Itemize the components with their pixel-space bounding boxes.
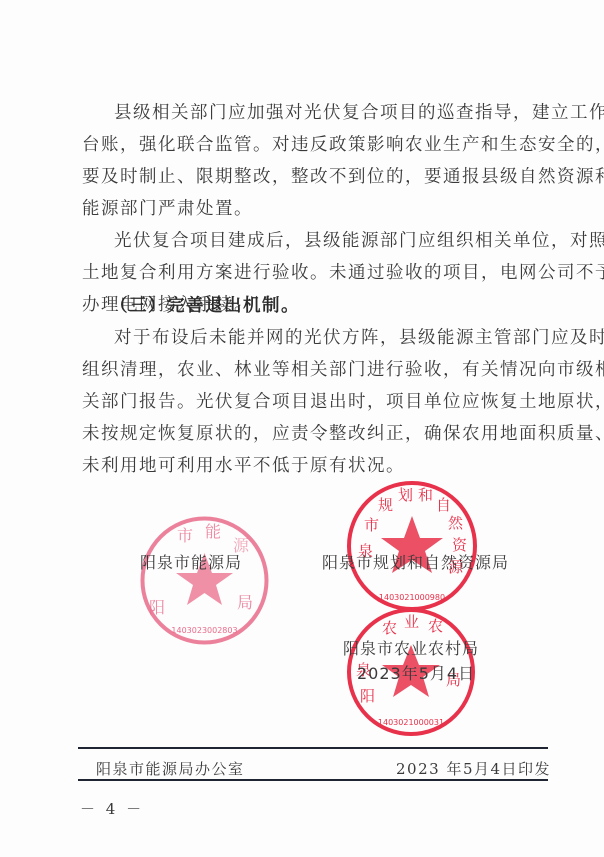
paragraph-3-line-2: 组织清理，农业、林业等相关部门进行验收，有关情况向市级相 (82, 354, 552, 386)
paragraph-1-line-3: 要及时制止、限期整改，整改不到位的，要通报县级自然资源和 (82, 161, 552, 193)
footer-top-rule (78, 747, 548, 749)
paragraph-2-line-1: 光伏复合项目建成后，县级能源部门应组织相关单位，对照 (114, 225, 584, 257)
svg-text:和: 和 (418, 486, 433, 504)
signature-date: 2023年5月4日 (357, 661, 475, 684)
svg-text:局: 局 (237, 593, 253, 612)
page-number: － 4 － (80, 798, 144, 819)
svg-text:业: 业 (404, 613, 419, 631)
document-page: 县级相关部门应加强对光伏复合项目的巡查指导，建立工作 台账，强化联合监管。对违反… (0, 0, 604, 857)
energy-bureau-signature: 阳泉市能源局 (140, 550, 242, 573)
svg-text:1403023002803: 1403023002803 (171, 626, 237, 635)
svg-text:阳: 阳 (360, 687, 375, 705)
svg-text:农: 农 (382, 619, 397, 637)
svg-text:然: 然 (448, 514, 464, 532)
section-heading: （三）完善退出机制。 (110, 290, 580, 322)
footer-bottom-rule (78, 779, 548, 781)
paragraph-2-line-2: 土地复合利用方案进行验收。未通过验收的项目，电网公司不予 (82, 257, 552, 289)
paragraph-1-line-2: 台账，强化联合监管。对违反政策影响农业生产和生态安全的， (82, 129, 552, 161)
svg-text:规: 规 (378, 496, 393, 514)
energy-bureau-stamp-icon: 1403023002803 市 能 源 局 阳 (137, 513, 272, 648)
planning-bureau-stamp-icon: 1403021000980 泉 市 规 划 和 自 然 资 源 (344, 478, 480, 614)
paragraph-3-line-1: 对于布设后未能并网的光伏方阵，县级能源主管部门应及时 (114, 322, 584, 354)
svg-text:1403021000031: 1403021000031 (378, 718, 444, 727)
footer-issue-date: 2023 年5月4日印发 (396, 758, 551, 779)
paragraph-3-line-4: 未按规定恢复原状的，应责令整改纠正，确保农用地面积质量、 (82, 418, 552, 450)
svg-text:划: 划 (398, 486, 413, 504)
paragraph-1-line-4: 能源部门严肃处置。 (82, 193, 552, 225)
svg-text:市: 市 (177, 526, 193, 545)
paragraph-3-line-3: 关部门报告。光伏复合项目退出时，项目单位应恢复土地原状， (82, 386, 552, 418)
paragraph-1-line-1: 县级相关部门应加强对光伏复合项目的巡查指导，建立工作 (114, 97, 584, 129)
svg-text:能: 能 (205, 522, 221, 541)
svg-text:阳: 阳 (149, 598, 165, 617)
svg-text:农: 农 (428, 617, 443, 635)
paragraph-3-line-5: 未利用地可利用水平不低于原有状况。 (82, 450, 552, 482)
agriculture-bureau-signature: 阳泉市农业农村局 (343, 636, 479, 659)
svg-text:市: 市 (364, 516, 379, 534)
svg-text:自: 自 (436, 496, 451, 514)
footer-issuer: 阳泉市能源局办公室 (96, 758, 245, 779)
svg-text:1403021000980: 1403021000980 (379, 593, 445, 602)
planning-bureau-signature: 阳泉市规划和自然资源局 (322, 550, 509, 573)
